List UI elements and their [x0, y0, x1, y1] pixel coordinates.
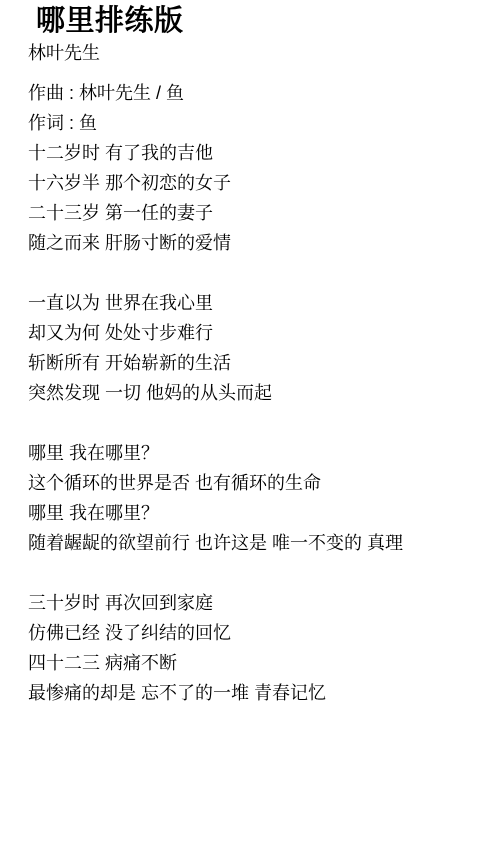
stanza-credits-verse1: 作曲 : 林叶先生 / 鱼 作词 : 鱼 十二岁时 有了我的吉他 十六岁半 那个… — [28, 78, 480, 258]
lyric-line: 哪里 我在哪里？ — [28, 438, 480, 468]
lyric-line: 四十二三 病痛不断 — [28, 648, 480, 678]
lyric-line: 随着龌龊的欲望前行 也许这是 唯一不变的 真理 — [28, 528, 480, 558]
lyric-line: 却又为何 处处寸步难行 — [28, 318, 480, 348]
lyric-line: 仿佛已经 没了纠结的回忆 — [28, 618, 480, 648]
lyric-line: 哪里 我在哪里？ — [28, 498, 480, 528]
lyric-line: 一直以为 世界在我心里 — [28, 288, 480, 318]
stanza-verse2: 一直以为 世界在我心里 却又为何 处处寸步难行 斩断所有 开始崭新的生活 突然发… — [28, 288, 480, 408]
lyric-line: 三十岁时 再次回到家庭 — [28, 588, 480, 618]
artist-name: 林叶先生 — [28, 38, 480, 68]
credit-composer-line: 作曲 : 林叶先生 / 鱼 — [28, 78, 480, 108]
lyric-line: 十六岁半 那个初恋的女子 — [28, 168, 480, 198]
stanza-verse3: 三十岁时 再次回到家庭 仿佛已经 没了纠结的回忆 四十二三 病痛不断 最惨痛的却… — [28, 588, 480, 708]
lyric-line: 这个循环的世界是否 也有循环的生命 — [28, 468, 480, 498]
stanza-chorus: 哪里 我在哪里？ 这个循环的世界是否 也有循环的生命 哪里 我在哪里？ 随着龌龊… — [28, 438, 480, 558]
lyric-line: 二十三岁 第一任的妻子 — [28, 198, 480, 228]
song-title: 哪里排练版 — [36, 0, 480, 38]
lyric-line: 突然发现 一切 他妈的从头而起 — [28, 378, 480, 408]
lyric-line: 斩断所有 开始崭新的生活 — [28, 348, 480, 378]
lyric-line: 十二岁时 有了我的吉他 — [28, 138, 480, 168]
credit-lyricist-line: 作词 : 鱼 — [28, 108, 480, 138]
lyrics-page: 哪里排练版 林叶先生 作曲 : 林叶先生 / 鱼 作词 : 鱼 十二岁时 有了我… — [0, 0, 500, 708]
lyric-line: 随之而来 肝肠寸断的爱情 — [28, 228, 480, 258]
lyric-line: 最惨痛的却是 忘不了的一堆 青春记忆 — [28, 678, 480, 708]
lyrics-body: 作曲 : 林叶先生 / 鱼 作词 : 鱼 十二岁时 有了我的吉他 十六岁半 那个… — [28, 78, 480, 708]
